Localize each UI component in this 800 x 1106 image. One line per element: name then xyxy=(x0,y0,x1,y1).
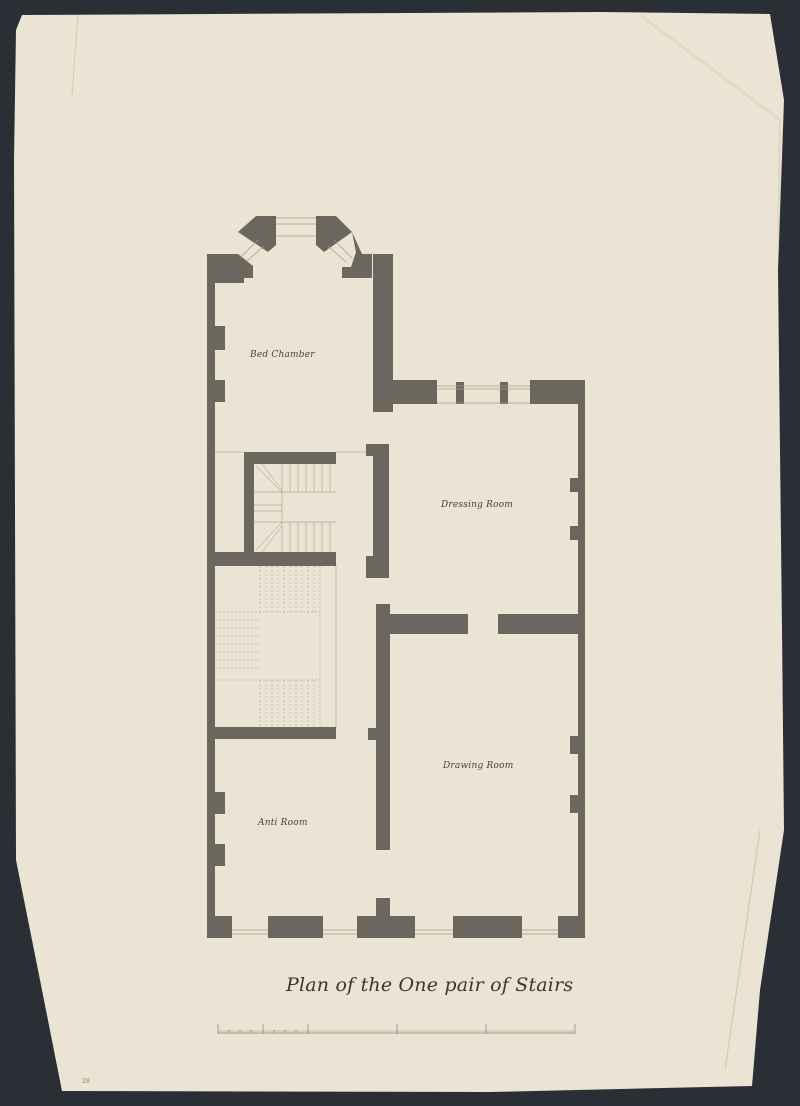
sheet-mark: 28 xyxy=(82,1078,90,1085)
plan-title: Plan of the One pair of Stairs xyxy=(286,974,573,996)
room-label-bed-chamber: Bed Chamber xyxy=(250,350,315,360)
wall-east xyxy=(578,380,585,938)
wall-west xyxy=(207,254,215,938)
room-label-anti-room: Anti Room xyxy=(258,818,308,828)
room-label-dressing-room: Dressing Room xyxy=(441,500,513,510)
room-label-drawing-room: Drawing Room xyxy=(443,761,513,771)
drawing-sheet xyxy=(0,0,800,1106)
